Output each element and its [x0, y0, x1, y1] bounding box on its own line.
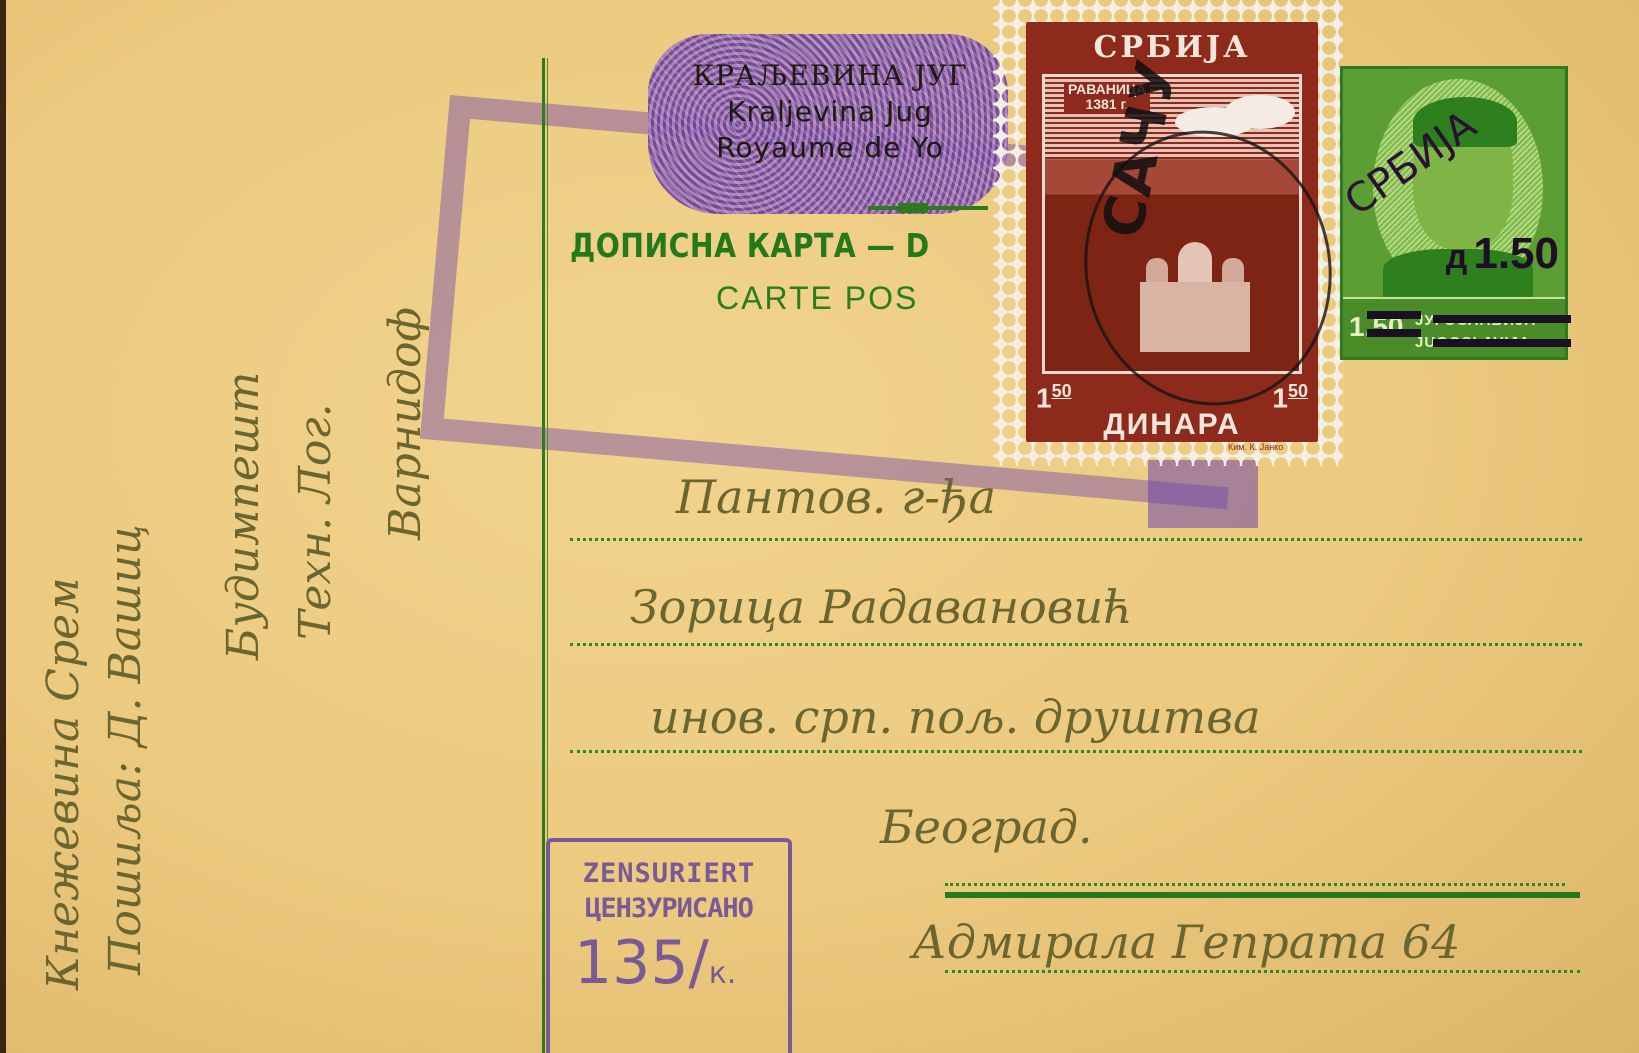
overprint-amount: 1.50	[1473, 229, 1559, 278]
sender-line-5: Варнидоф	[380, 307, 431, 540]
sender-line-2: Пошиља: Д. Вашиц	[100, 524, 151, 975]
cloud-icon	[1225, 95, 1295, 129]
sender-line-1: Кнежевина Срем	[38, 577, 89, 990]
violet-box-cancellation-corner	[1148, 460, 1258, 528]
address-rule	[570, 538, 1582, 541]
address-line-5: Адмирала Гепрата 64	[912, 915, 1460, 969]
obliteration-bar	[1433, 315, 1571, 323]
address-line-1: Пантов. г-ђа	[676, 470, 996, 524]
card-edge	[0, 0, 6, 1053]
censor-number-value: 135/	[574, 928, 709, 998]
address-rule	[945, 970, 1580, 973]
kingdom-french: Royaume de Yo	[660, 130, 1000, 166]
value-sup: 50	[1052, 381, 1072, 401]
kingdom-latin: Kraljevina Jug	[660, 94, 1000, 130]
address-line-3: инов. срп. пољ. друштва	[650, 690, 1261, 744]
sender-line-4: Техн. Лог.	[290, 403, 341, 640]
overprint-value: д1.50	[1446, 229, 1559, 279]
obliteration-bar	[1367, 329, 1421, 337]
postcard-title-french: CARTE POS	[716, 280, 996, 317]
address-rule	[570, 643, 1582, 646]
sender-line-3: Будимпешт	[218, 372, 269, 660]
value-sup: 50	[1288, 381, 1308, 401]
censor-stamp: ZENSURIERT ЦЕНЗУРИСАНО 135/к.	[546, 838, 792, 1053]
postcard: КРАЉЕВИНА ЈУГ Kraljevina Jug Royaume de …	[0, 0, 1639, 1053]
printer-imprint: Ким. К. Јанко	[1228, 442, 1283, 452]
address-rule	[570, 750, 1582, 753]
kingdom-cyrillic: КРАЉЕВИНА ЈУГ	[660, 58, 1000, 94]
ornament-rule	[868, 206, 988, 210]
censor-serbian: ЦЕНЗУРИСАНО	[550, 893, 788, 924]
censor-suffix: к.	[709, 956, 737, 991]
kingdom-header: КРАЉЕВИНА ЈУГ Kraljevina Jug Royaume de …	[660, 58, 1000, 166]
obliteration-bar	[1433, 339, 1571, 347]
address-line-4: Београд.	[880, 800, 1093, 854]
stamp-value-panel: 1.50 ЈУГОСЛАВИЈА JUGOSLAVIJA	[1343, 297, 1565, 357]
green-indicium-stamp: 1.50 ЈУГОСЛАВИЈА JUGOSLAVIJA СРБИЈА д1.5…	[1340, 66, 1568, 360]
overprint-prefix: д	[1446, 238, 1468, 276]
red-stamp-country: СРБИЈА	[1026, 30, 1318, 65]
censor-german: ZENSURIERT	[550, 858, 788, 889]
postcard-title-cyrillic: ДОПИСНА КАРТА — D	[570, 226, 940, 265]
address-rule	[945, 883, 1565, 886]
censor-number: 135/к.	[550, 928, 788, 998]
address-rule-solid	[945, 892, 1580, 898]
red-stamp-currency: ДИНАРА	[1026, 408, 1318, 442]
obliteration-bar	[1367, 311, 1421, 319]
address-line-2: Зорица Радавановић	[630, 580, 1133, 634]
